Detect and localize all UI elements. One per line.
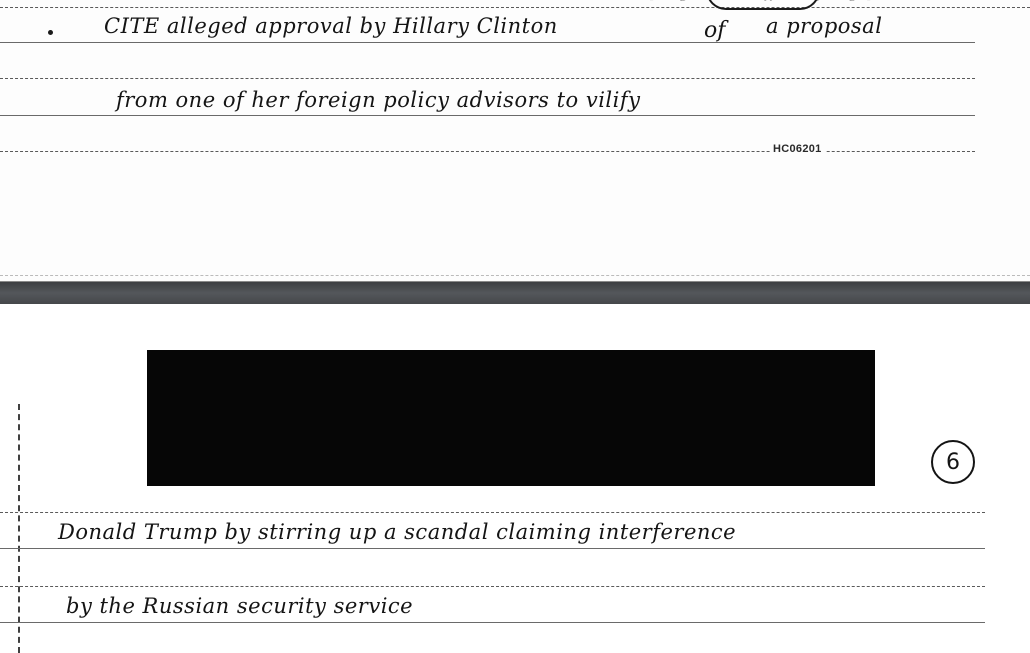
ruled-line [0,7,1030,8]
handwritten-line-1: CITE alleged approval by Hillary Clinton [104,14,558,38]
handwritten-line-1-continued: a proposal [766,14,882,38]
caret-insert-word: of [704,18,725,43]
document-page-lower: 6 Donald Trump by stirring up a scandal … [0,304,1030,653]
handwritten-line-2: from one of her foreign policy advisors … [116,88,641,112]
document-viewer: [illegible, cut off at top edge] CITE al… [0,0,1030,653]
ruled-line [0,622,985,623]
ruled-line [0,115,975,116]
ruled-line [0,78,975,79]
crossed-out-text: [illegible, cut off at top edge] [650,0,873,2]
handwritten-line-4: by the Russian security service [66,594,413,618]
page-number: 6 [946,450,960,475]
ruled-line [0,548,985,549]
redaction-box [147,350,875,486]
ruled-line [0,512,985,513]
margin-line [18,404,20,653]
page-divider [0,281,1030,305]
page-number-marker: 6 [931,440,975,484]
bullet-icon [48,30,53,35]
document-page-upper: [illegible, cut off at top edge] CITE al… [0,0,1030,281]
handwritten-line-3: Donald Trump by stirring up a scandal cl… [58,520,736,544]
bates-stamp: HC06201 [770,143,825,155]
ruled-line [0,42,975,43]
ruled-line [0,151,975,152]
ruled-line [0,275,1030,276]
ruled-line [0,586,985,587]
